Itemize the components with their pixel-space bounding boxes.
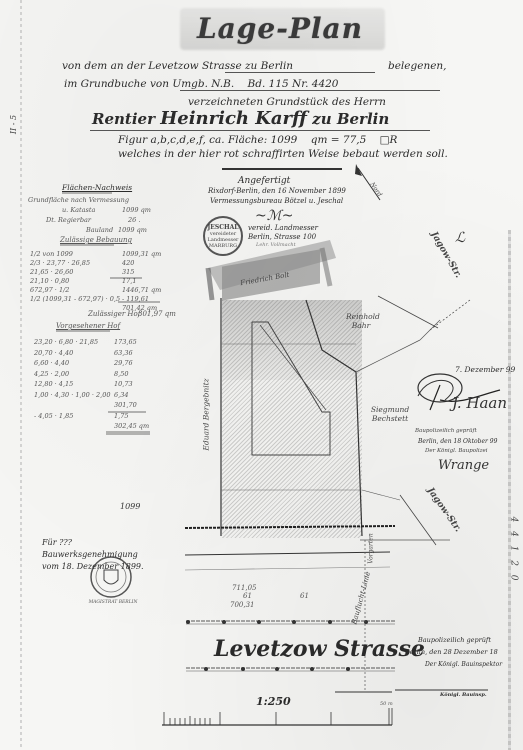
- scale-end-label: 50 m: [380, 701, 393, 707]
- bottom-stamp-line-2: Berlin, den 28 Dezember 18: [405, 648, 498, 656]
- street-main-label: Levetzow Strasse: [214, 636, 425, 662]
- approval-note: Für ??? Bauwerksgenehmigung vom 18. Deze…: [42, 537, 152, 573]
- signature-date: 7. Dezember 99: [455, 365, 515, 374]
- city-stamp: MAGISTRAT BERLIN: [88, 600, 138, 605]
- bottom-stamp-line-4: Königl. Bauinsp.: [440, 692, 487, 698]
- neighbor-right-2-label: Siegmund Bechstett: [370, 405, 410, 423]
- margin-mark: ℒ: [455, 230, 465, 246]
- neighbor-right-1-label: Reinhold Bahr: [346, 312, 376, 330]
- bottom-stamp-line-3: Der Königl. Bauinspektor: [425, 661, 502, 668]
- measurement: 711,05: [232, 584, 257, 592]
- vorgarten-label: Vorgarten: [368, 533, 375, 563]
- measurement: 61: [300, 592, 309, 600]
- signature-name: J. Haan: [452, 394, 507, 412]
- measurement: 700,31: [230, 601, 255, 609]
- police-stamp-line-2: Berlin, den 18 Oktober 99: [418, 438, 497, 445]
- right-margin-numbers: 4 4 1 2 0: [509, 516, 519, 583]
- police-stamp-line-3: Der Königl. Baupolizei: [425, 448, 488, 454]
- bottom-stamp-line-1: Baupolizeilich geprüft: [418, 636, 491, 644]
- scale-label: 1:250: [256, 695, 291, 708]
- police-signature: Wrange: [438, 458, 489, 473]
- measurement: 61: [243, 592, 252, 600]
- police-stamp-line-1: Baupolizeilich geprüft: [415, 428, 477, 434]
- neighbor-left-label: Eduard Bergebnitz: [202, 378, 211, 450]
